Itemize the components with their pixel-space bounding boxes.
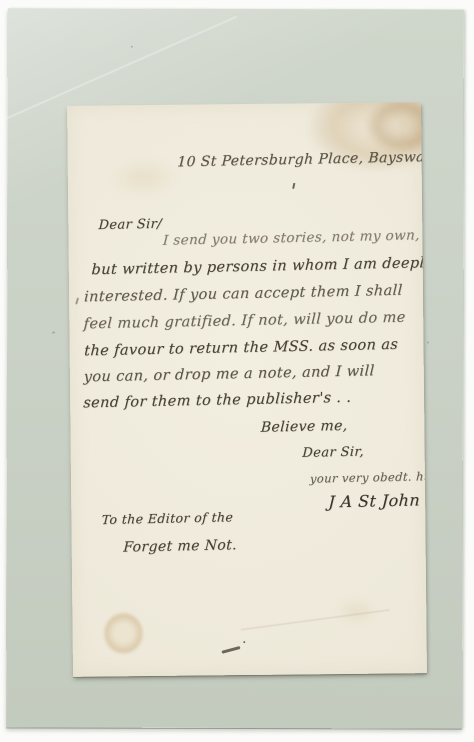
addressee-line: To the Editor of the — [101, 511, 233, 526]
body-line: I send you two stories, not my own, — [163, 229, 421, 248]
addressee-line: Forget me Not. — [123, 538, 237, 554]
letter-text-layer: 10 St Petersburgh Place, Bayswater Dear … — [67, 102, 427, 677]
closing-line: Dear Sir, — [302, 446, 364, 460]
letter-paper: 10 St Petersburgh Place, Bayswater Dear … — [67, 102, 427, 677]
mat-speck — [131, 46, 133, 48]
body-line: you can, or drop me a note, and I will — [83, 364, 375, 385]
mat-speck — [427, 342, 429, 344]
margin-ink-mark — [75, 297, 79, 304]
photo-background: 10 St Petersburgh Place, Bayswater Dear … — [0, 0, 474, 742]
mat-speck — [52, 332, 55, 334]
ink-smudge — [221, 646, 240, 653]
closing-line: your very obedt. hu. St. — [310, 471, 427, 486]
body-line: feel much gratified. If not, will you do… — [83, 311, 406, 332]
address-line: 10 St Petersburgh Place, Bayswater — [177, 150, 427, 170]
closing-line: Believe me, — [260, 419, 348, 435]
signature: J A St John — [328, 492, 420, 510]
ink-dot — [243, 641, 245, 643]
body-line: the favour to return the MSS. as soon as — [84, 338, 399, 359]
body-line: send for them to the publisher's . . — [83, 391, 352, 411]
salutation-line: Dear Sir/ — [98, 218, 162, 232]
stray-ink-mark — [292, 183, 295, 189]
body-line: but written by persons in whom I am deep… — [91, 256, 427, 278]
body-line: interested. If you can accept them I sha… — [84, 284, 403, 305]
